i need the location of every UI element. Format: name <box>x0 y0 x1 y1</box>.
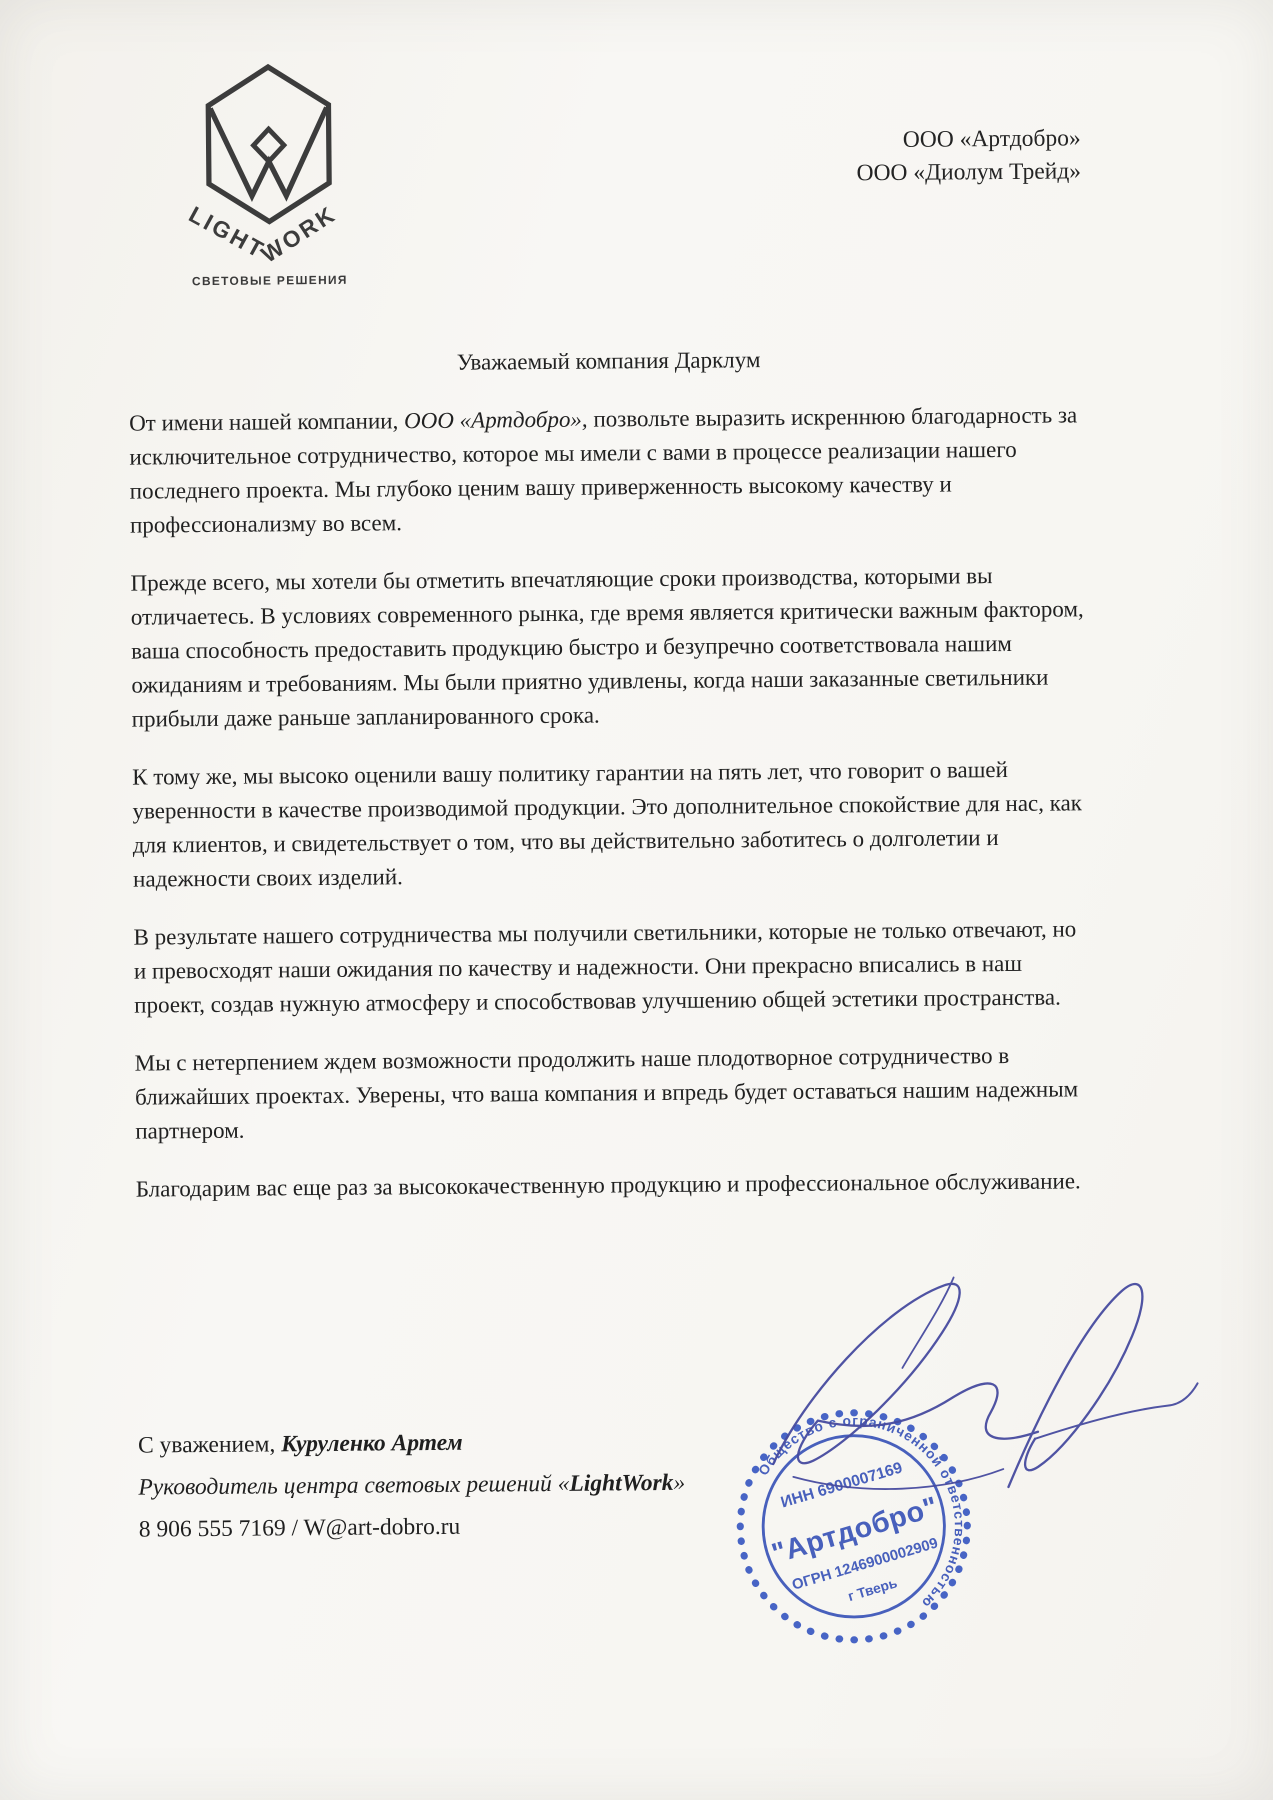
logo-curved-text: LIGHT WORK <box>184 200 341 269</box>
letter-body: Уважаемый компания Дарклум От имени наше… <box>128 340 1096 1230</box>
svg-text:LIGHT WORK: LIGHT WORK <box>184 200 341 269</box>
stamp-city: г Тверь <box>846 1574 899 1604</box>
recipient-list: ООО «Артдобро» ООО «Диолум Трейд» <box>856 122 1081 190</box>
paragraph-2: Прежде всего, мы хотели бы отметить впеч… <box>130 558 1091 736</box>
paragraph-6: Благодарим вас еще раз за высококачестве… <box>136 1164 1096 1206</box>
paragraph-1-company: ООО «Артдобро», <box>404 407 588 434</box>
recipient-line-1: ООО «Артдобро» <box>856 122 1081 157</box>
signature-name: Куруленко Артем <box>281 1430 463 1458</box>
signature-role-text: Руководитель центра световых решений « <box>138 1471 569 1501</box>
greeting: Уважаемый компания Дарклум <box>128 340 1088 382</box>
logo-tagline: СВЕТОВЫЕ РЕШЕНИЯ <box>192 273 348 288</box>
scan-content: LIGHT WORK СВЕТОВЫЕ РЕШЕНИЯ ООО «Артдобр… <box>0 0 1273 1800</box>
paragraph-1: От имени нашей компании, ООО «Артдобро»,… <box>129 398 1090 542</box>
signature-contacts: 8 906 555 7169 / W@art-dobro.ru <box>139 1504 686 1551</box>
handwritten-signature-icon <box>651 1245 1214 1540</box>
paragraph-1-text: От имени нашей компании, <box>129 408 404 435</box>
lightwork-hexagon-icon: LIGHT WORK СВЕТОВЫЕ РЕШЕНИЯ <box>163 58 375 288</box>
signature-salutation: С уважением, <box>138 1431 281 1458</box>
signature-role: Руководитель центра световых решений «Li… <box>138 1462 685 1509</box>
signature-block: С уважением, Куруленко Артем Руководител… <box>138 1420 686 1551</box>
paragraph-5: Мы с нетерпением ждем возможности продол… <box>135 1038 1096 1148</box>
paragraph-4: В результате нашего сотрудничества мы по… <box>133 912 1094 1022</box>
letter-page: LIGHT WORK СВЕТОВЫЕ РЕШЕНИЯ ООО «Артдобр… <box>0 0 1273 1800</box>
lightwork-logo: LIGHT WORK СВЕТОВЫЕ РЕШЕНИЯ <box>163 58 375 293</box>
paragraph-3: К тому же, мы высоко оценили вашу полити… <box>132 752 1093 896</box>
signature-line-1: С уважением, Куруленко Артем <box>138 1420 685 1467</box>
recipient-line-2: ООО «Диолум Трейд» <box>856 155 1081 190</box>
